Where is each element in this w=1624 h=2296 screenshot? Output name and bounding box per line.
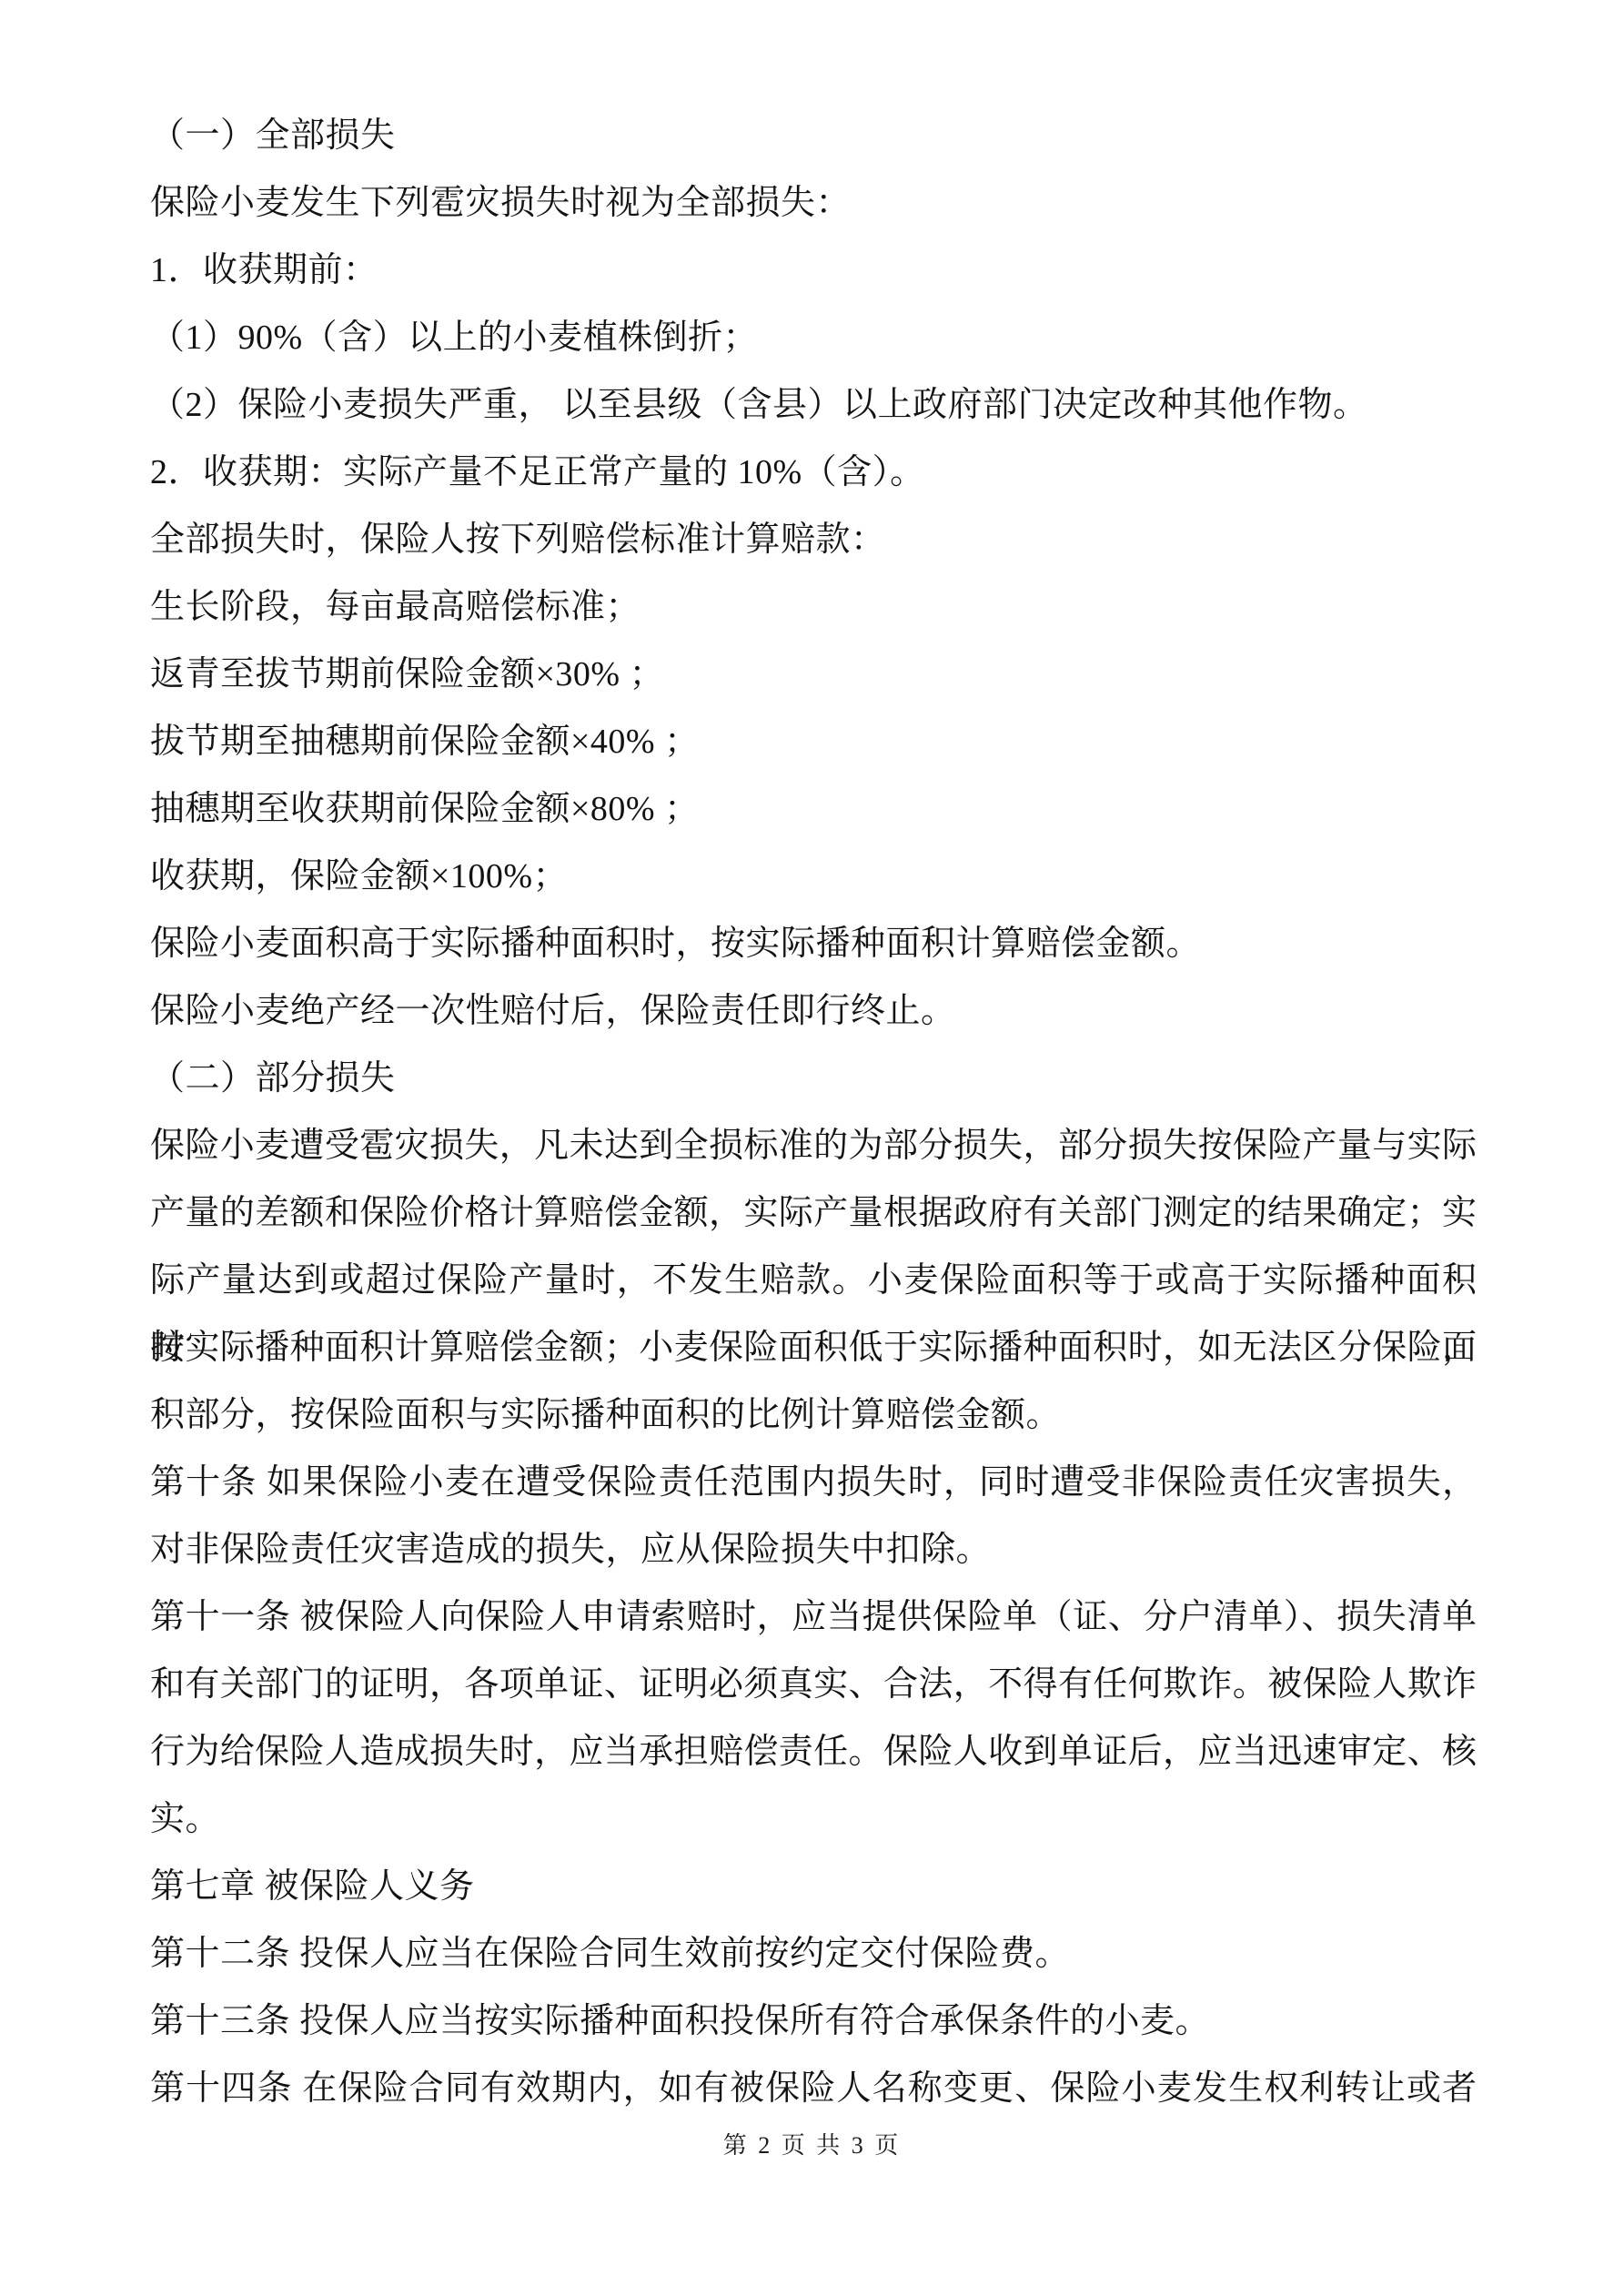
text-line: 2．收获期：实际产量不足正常产量的 10%（含）。 [150, 439, 1477, 506]
text-line: 第十一条 被保险人向保险人申请索赔时，应当提供保险单（证、分户清单）、损失清单 [150, 1583, 1477, 1651]
text-line: 按实际播种面积计算赔偿金额；小麦保险面积低于实际播种面积时，如无法区分保险面 [150, 1314, 1477, 1381]
text-line: 收获期，保险金额×100%； [150, 843, 1477, 910]
page-footer: 第 2 页 共 3 页 [0, 2126, 1624, 2166]
text-line: 第十条 如果保险小麦在遭受保险责任范围内损失时，同时遭受非保险责任灾害损失， [150, 1449, 1477, 1516]
text-line: 第十四条 在保险合同有效期内，如有被保险人名称变更、保险小麦发生权利转让或者 [150, 2055, 1477, 2122]
document-body: （一）全部损失保险小麦发生下列雹灾损失时视为全部损失：1．收获期前：（1）90%… [150, 102, 1477, 2122]
text-line: 生长阶段，每亩最高赔偿标准； [150, 573, 1477, 641]
text-line: 保险小麦面积高于实际播种面积时，按实际播种面积计算赔偿金额。 [150, 910, 1477, 977]
text-line: 保险小麦遭受雹灾损失，凡未达到全损标准的为部分损失，部分损失按保险产量与实际 [150, 1112, 1477, 1179]
text-line: 抽穗期至收获期前保险金额×80% ； [150, 775, 1477, 843]
text-line: 1．收获期前： [150, 237, 1477, 304]
document-page: （一）全部损失保险小麦发生下列雹灾损失时视为全部损失：1．收获期前：（1）90%… [0, 0, 1624, 2296]
text-line: 行为给保险人造成损失时，应当承担赔偿责任。保险人收到单证后，应当迅速审定、核 [150, 1718, 1477, 1785]
text-line: 积部分，按保险面积与实际播种面积的比例计算赔偿金额。 [150, 1381, 1477, 1449]
text-line: （二）部分损失 [150, 1045, 1477, 1112]
text-line: （2）保险小麦损失严重， 以至县级（含县）以上政府部门决定改种其他作物。 [150, 371, 1477, 439]
text-line: 产量的差额和保险价格计算赔偿金额，实际产量根据政府有关部门测定的结果确定；实 [150, 1179, 1477, 1247]
text-line: 第十三条 投保人应当按实际播种面积投保所有符合承保条件的小麦。 [150, 1988, 1477, 2055]
text-line: 和有关部门的证明，各项单证、证明必须真实、合法，不得有任何欺诈。被保险人欺诈 [150, 1651, 1477, 1718]
text-line: 返青至拔节期前保险金额×30% ； [150, 641, 1477, 708]
text-line: 际产量达到或超过保险产量时，不发生赔款。小麦保险面积等于或高于实际播种面积时， [150, 1247, 1477, 1314]
page-number: 第 2 页 共 3 页 [723, 2132, 902, 2159]
text-line: 第七章 被保险人义务 [150, 1853, 1477, 1920]
text-line: 保险小麦发生下列雹灾损失时视为全部损失： [150, 169, 1477, 237]
text-line: 拔节期至抽穗期前保险金额×40% ； [150, 708, 1477, 775]
text-line: 全部损失时，保险人按下列赔偿标准计算赔款： [150, 506, 1477, 573]
text-line: 保险小麦绝产经一次性赔付后，保险责任即行终止。 [150, 977, 1477, 1045]
text-line: （一）全部损失 [150, 102, 1477, 169]
text-line: 对非保险责任灾害造成的损失，应从保险损失中扣除。 [150, 1516, 1477, 1583]
text-line: 实。 [150, 1785, 1477, 1853]
text-line: 第十二条 投保人应当在保险合同生效前按约定交付保险费。 [150, 1920, 1477, 1988]
text-line: （1）90%（含）以上的小麦植株倒折； [150, 304, 1477, 371]
